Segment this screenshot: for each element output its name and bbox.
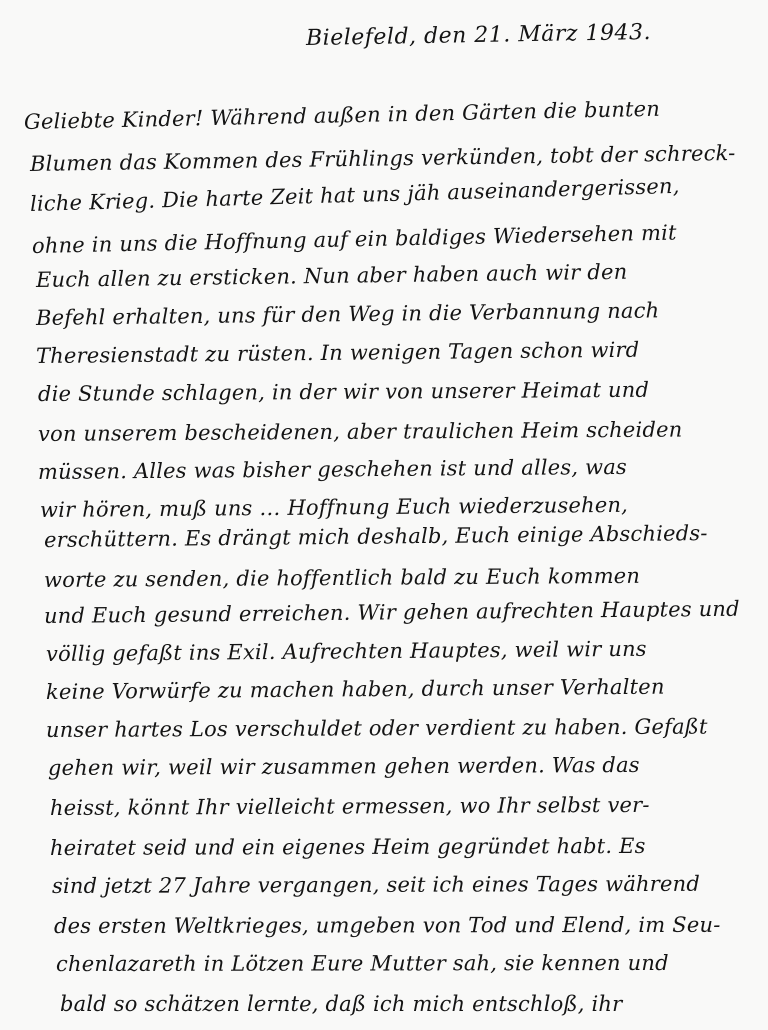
letter-line: heisst, könnt Ihr vielleicht ermessen, w… (50, 793, 650, 820)
letter-line: die Stunde schlagen, in der wir von unse… (38, 378, 649, 406)
letter-line: Blumen das Kommen des Frühlings verkünde… (30, 141, 736, 176)
letter-line: heiratet seid und ein eigenes Heim gegrü… (50, 834, 646, 860)
letter-line: sind jetzt 27 Jahre vergangen, seit ich … (52, 872, 700, 898)
letter-line: worte zu senden, die hoffentlich bald zu… (44, 564, 640, 592)
letter-line: Befehl erhalten, uns für den Weg in die … (36, 298, 660, 330)
letter-line: bald so schätzen lernte, daß ich mich en… (60, 992, 622, 1016)
letter-line: Geliebte Kinder! Während außen in den Gä… (24, 97, 661, 134)
letter-line: chenlazareth in Lötzen Eure Mutter sah, … (56, 951, 669, 976)
letter-line: und Euch gesund erreichen. Wir gehen auf… (44, 597, 740, 628)
letter-dateline: Bielefeld, den 21. März 1943. (306, 20, 651, 51)
letter-line: müssen. Alles was bisher geschehen ist u… (38, 455, 627, 484)
letter-line: erschüttern. Es drängt mich deshalb, Euc… (44, 521, 708, 552)
letter-line: des ersten Weltkrieges, umgeben von Tod … (54, 913, 721, 938)
letter-line: Theresienstadt zu rüsten. In wenigen Tag… (36, 338, 640, 368)
letter-line: ohne in uns die Hoffnung auf ein baldige… (32, 220, 677, 257)
letter-line: von unserem bescheidenen, aber trauliche… (38, 418, 683, 446)
letter-line: unser hartes Los verschuldet oder verdie… (46, 715, 708, 742)
letter-line: Euch allen zu ersticken. Nun aber haben … (36, 260, 628, 292)
letter-line: liche Krieg. Die harte Zeit hat uns jäh … (30, 174, 680, 216)
letter-line: gehen wir, weil wir zusammen gehen werde… (48, 753, 640, 780)
letter-line: keine Vorwürfe zu machen haben, durch un… (46, 675, 665, 704)
letter-line: wir hören, muß uns … Hoffnung Euch wiede… (40, 493, 628, 522)
letter-line: völlig gefaßt ins Exil. Aufrechten Haupt… (46, 637, 647, 666)
letter-page: Bielefeld, den 21. März 1943. Geliebte K… (0, 0, 768, 1030)
